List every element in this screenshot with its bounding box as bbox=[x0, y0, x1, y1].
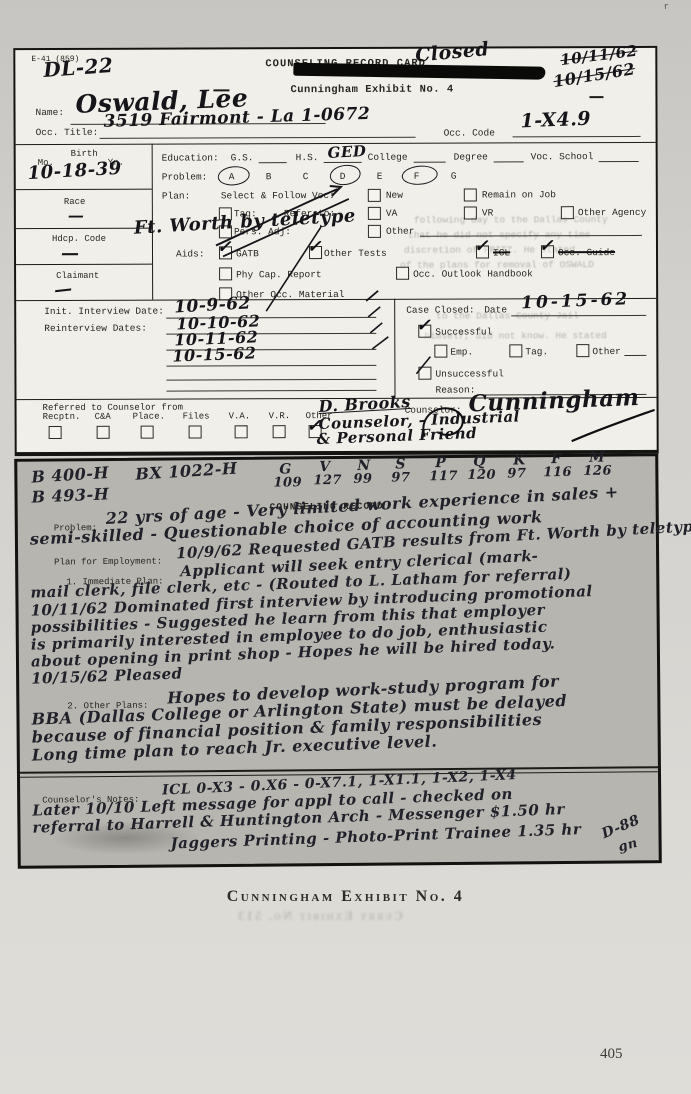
code-b400-handwritten: B 400-H bbox=[31, 463, 110, 487]
circle-mark-a bbox=[217, 165, 251, 187]
bleed-through-caption: Curry Exhibit No. 513 bbox=[236, 908, 403, 924]
ca-checkbox bbox=[97, 426, 110, 439]
code-b493-handwritten: B 493-H bbox=[31, 484, 110, 506]
exhibit-caption: Cunningham Exhibit No. 4 bbox=[0, 888, 691, 906]
plan-employment-label: Plan for Employment: bbox=[54, 557, 162, 568]
successful-checkbox: ✓ bbox=[418, 325, 431, 338]
referred-col-files: Files bbox=[183, 411, 210, 421]
gatb-score: 126 bbox=[583, 464, 612, 479]
reinterview-date-3: 10-15-62 bbox=[172, 343, 257, 365]
name-label: Name: bbox=[35, 107, 64, 118]
other-agency-label: Other Agency bbox=[578, 207, 646, 218]
hs-value-handwritten: GED bbox=[327, 142, 367, 162]
check-mark: ✓ bbox=[307, 237, 321, 257]
education-gs-label: G.S. bbox=[231, 152, 254, 163]
other-closed-label: Other bbox=[592, 346, 621, 357]
stamp-initials-handwritten: gn bbox=[617, 836, 640, 856]
vr-ref-checkbox bbox=[273, 425, 286, 438]
interview-divider bbox=[394, 299, 395, 398]
other-refer-label: Other bbox=[386, 226, 415, 237]
occ-guide-label: Occ. Guide bbox=[558, 247, 615, 258]
emp-label: Emp. bbox=[450, 347, 473, 358]
check-mark: ✓ bbox=[474, 236, 488, 256]
office-code-handwritten: DL-22 bbox=[42, 53, 114, 82]
bleed-through-text: following day to the Dallas County that … bbox=[15, 48, 655, 50]
date-line-4 bbox=[166, 365, 376, 367]
referred-col-va: V.A. bbox=[229, 411, 251, 421]
hs-blank bbox=[324, 162, 362, 163]
remain-on-job-checkbox bbox=[464, 189, 477, 202]
other-tests-label: Other Tests bbox=[324, 248, 387, 259]
gatb-score: 97 bbox=[507, 466, 526, 481]
corner-scan-mark: r bbox=[664, 2, 669, 12]
problem-option-c: C bbox=[303, 171, 309, 182]
recptn-checkbox bbox=[49, 426, 62, 439]
check-mark: ✓ bbox=[416, 316, 430, 336]
referred-col-place: Place. bbox=[133, 412, 165, 422]
problem-option-e: E bbox=[377, 171, 383, 182]
education-college-label: College bbox=[368, 152, 408, 163]
occ-code-underline bbox=[513, 136, 641, 137]
claimant-value-handwritten: — bbox=[53, 278, 74, 301]
new-checkbox bbox=[368, 189, 381, 202]
degree-blank bbox=[494, 161, 524, 162]
occ-outlook-checkbox bbox=[396, 267, 409, 280]
vr-label: VR bbox=[482, 207, 493, 218]
counseling-record-notes-card: B 400-H BX 1022-H B 493-H G V N S P Q K … bbox=[14, 453, 662, 869]
code-bx1022-handwritten: BX 1022-H bbox=[135, 459, 238, 484]
left-col-rule-1 bbox=[16, 189, 152, 190]
exhibit-label: Cunningham Exhibit No. 4 bbox=[290, 84, 453, 97]
emp-checkbox bbox=[434, 345, 447, 358]
education-label: Education: bbox=[162, 152, 219, 163]
other-tests-checkbox: ✓ bbox=[309, 246, 322, 259]
case-closed-date-label: Date bbox=[484, 304, 507, 315]
referred-col-vr: V.R. bbox=[269, 411, 291, 421]
occ-outlook-label: Occ. Outlook Handbook bbox=[413, 268, 533, 279]
va-label: VA bbox=[386, 208, 397, 219]
occ-code-value-handwritten: 1-X4.9 bbox=[520, 108, 591, 133]
other-agency-checkbox bbox=[561, 206, 574, 219]
gatb-score: 117 bbox=[429, 469, 458, 484]
reinterview-label: Reinterview Dates: bbox=[44, 323, 147, 334]
other-refer-checkbox bbox=[368, 225, 381, 238]
successful-label: Successful bbox=[435, 326, 492, 337]
occ-title-label: Occ. Title: bbox=[36, 127, 99, 138]
gs-blank bbox=[259, 162, 287, 163]
gatb-score: 120 bbox=[467, 468, 496, 483]
education-voc-school-label: Voc. School bbox=[531, 151, 594, 162]
gatb-score: 109 bbox=[273, 475, 302, 490]
referred-col-recptn: Recptn. bbox=[43, 412, 81, 422]
remain-on-job-label: Remain on Job bbox=[482, 189, 556, 200]
gatb-score: 116 bbox=[543, 465, 572, 480]
gatb-score: 99 bbox=[353, 472, 372, 487]
vr-checkbox bbox=[464, 207, 477, 220]
tag-closed-label: Tag. bbox=[525, 346, 548, 357]
college-blank bbox=[414, 162, 446, 163]
unsuccessful-checkbox bbox=[418, 367, 431, 380]
circle-mark-f bbox=[401, 164, 439, 186]
education-degree-label: Degree bbox=[454, 151, 488, 162]
closed-handwritten: Closed bbox=[414, 38, 490, 67]
scanned-document-page: r following day to the Dallas County tha… bbox=[0, 0, 691, 1094]
occ-code-label: Occ. Code bbox=[444, 127, 495, 138]
unsuccessful-label: Unsuccessful bbox=[435, 368, 503, 379]
gatb-label: GATB bbox=[236, 248, 259, 259]
voc-school-blank bbox=[599, 161, 639, 162]
icl-checkbox: ✓ bbox=[476, 245, 489, 258]
plan-label: Plan: bbox=[162, 191, 191, 202]
phy-cap-report-checkbox bbox=[219, 267, 232, 280]
occ-title-underline bbox=[100, 137, 416, 139]
check-mark: ✓ bbox=[217, 237, 231, 257]
birth-label: Birth bbox=[71, 149, 98, 159]
phy-cap-report-label: Phy Cap. Report bbox=[236, 269, 322, 280]
gatb-score: 127 bbox=[313, 473, 342, 488]
init-interview-label: Init. Interview Date: bbox=[44, 306, 164, 317]
check-mark: ✓ bbox=[539, 236, 553, 256]
problem-option-b: B bbox=[266, 171, 272, 182]
exhibit-dash-right bbox=[589, 96, 603, 98]
other-closed-blank bbox=[624, 355, 646, 356]
occ-guide-checkbox: ✓ bbox=[541, 245, 554, 258]
left-col-rule-3 bbox=[16, 264, 152, 265]
other-closed-checkbox bbox=[576, 344, 589, 357]
referred-col-ca: C&A bbox=[95, 412, 111, 422]
left-col-rule-2 bbox=[16, 228, 152, 229]
gatb-score: 97 bbox=[391, 470, 410, 485]
date-line-5 bbox=[166, 379, 376, 381]
new-label: New bbox=[386, 190, 403, 201]
case-closed-date-value: 10-15-62 bbox=[521, 289, 631, 313]
circle-mark-d bbox=[328, 163, 362, 187]
race-value-handwritten: — bbox=[68, 206, 85, 225]
select-follow-voc-label: Select & Follow Voc: bbox=[221, 190, 335, 201]
date-line-6 bbox=[166, 390, 376, 392]
birth-date-handwritten: 10-18-39 bbox=[27, 158, 122, 184]
va-checkbox bbox=[368, 207, 381, 220]
icl-label: ICL bbox=[493, 247, 510, 258]
gatb-scores: G V N S P Q K F M 109 127 99 97 117 120 … bbox=[17, 456, 655, 462]
problem-option-g: G bbox=[451, 171, 457, 182]
case-closed-label: Case Closed: bbox=[406, 305, 474, 316]
gatb-checkbox: ✓ bbox=[219, 246, 232, 259]
hdcp-value-handwritten: — bbox=[61, 243, 80, 264]
counseling-record-card: following day to the Dallas County that … bbox=[13, 46, 658, 456]
education-hs-label: H.S. bbox=[296, 152, 319, 163]
aids-label: Aids: bbox=[176, 248, 205, 259]
immediate-line-7: 10/15/62 Pleased bbox=[31, 664, 183, 687]
problem-label: Problem: bbox=[162, 171, 208, 182]
tag-closed-checkbox bbox=[509, 344, 522, 357]
files-checkbox bbox=[189, 425, 202, 438]
page-number: 405 bbox=[600, 1046, 623, 1063]
place-checkbox bbox=[141, 426, 154, 439]
va-ref-checkbox bbox=[235, 425, 248, 438]
